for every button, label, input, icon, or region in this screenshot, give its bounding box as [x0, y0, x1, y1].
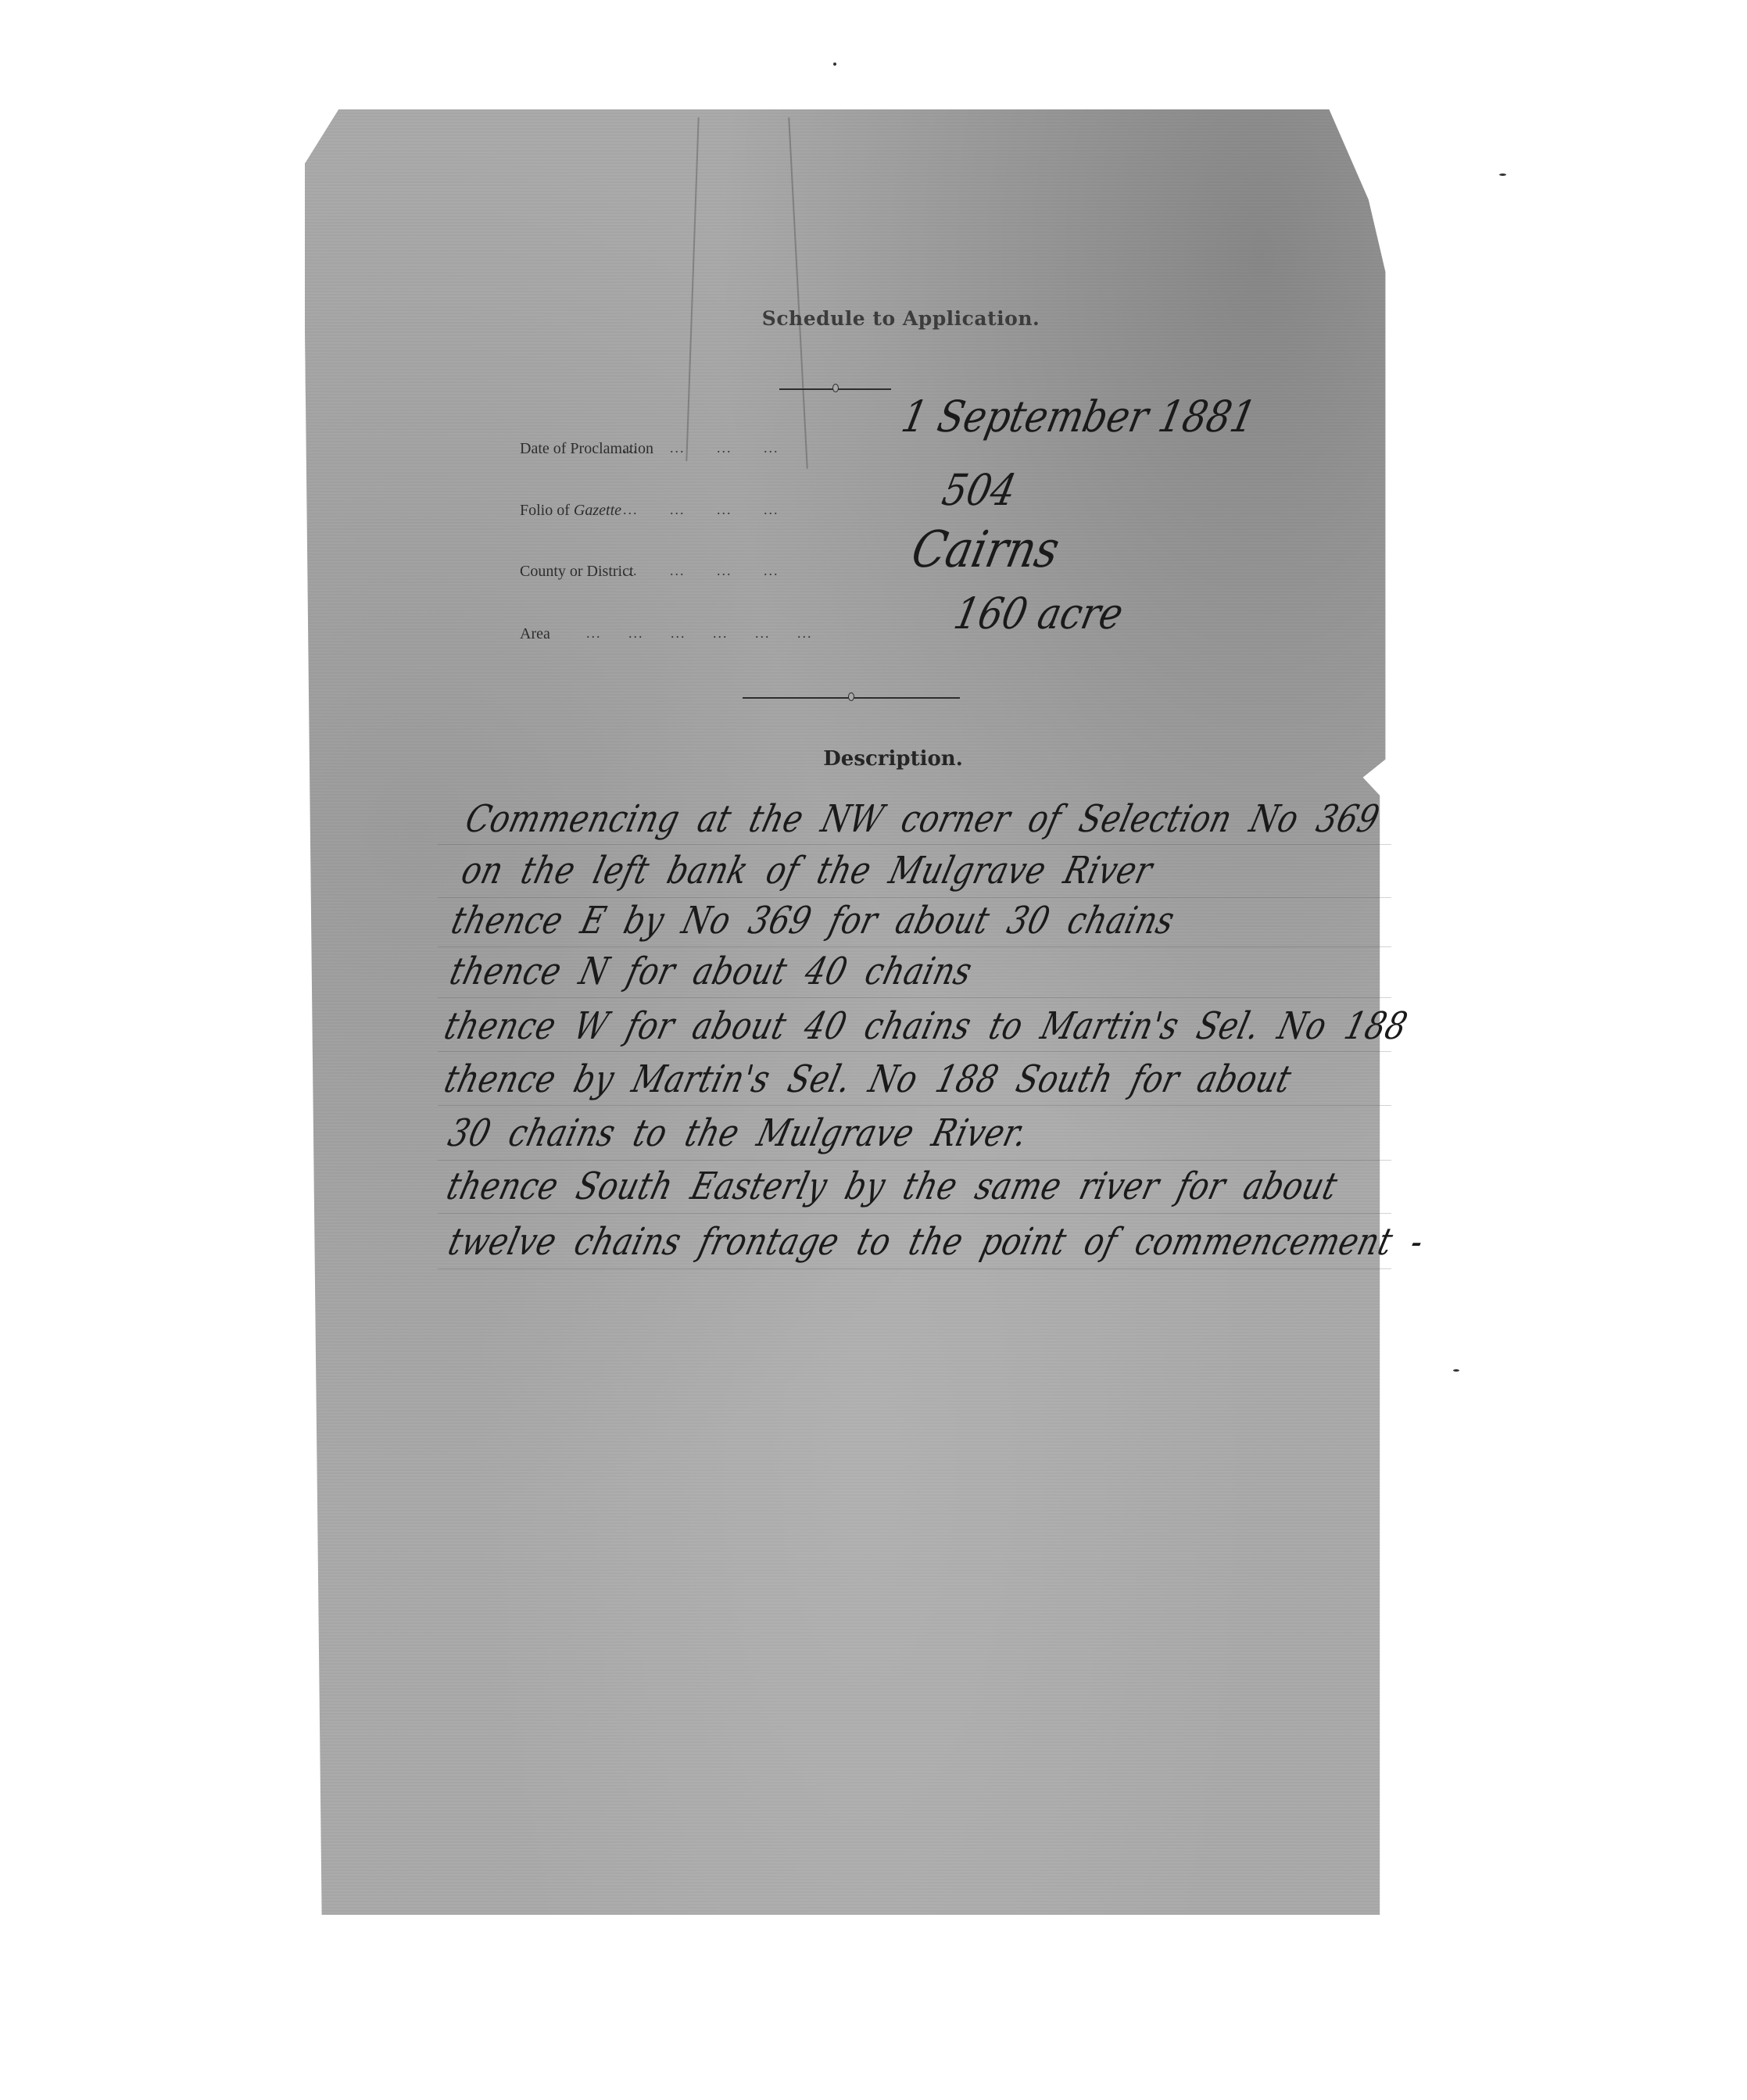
- description-line: thence by Martin's Sel. No 188 South for…: [440, 1058, 1296, 1101]
- field-label: Area: [520, 625, 550, 643]
- description-heading: Description.: [0, 747, 1747, 771]
- ruled-line: [438, 1213, 1391, 1214]
- scan-speck: [1453, 1369, 1459, 1372]
- ornament-divider: [743, 697, 960, 699]
- ornament-divider: [779, 388, 891, 390]
- ruled-line: [438, 1268, 1391, 1269]
- description-line: twelve chains frontage to the point of c…: [444, 1221, 1428, 1264]
- field-value: 504: [938, 466, 1020, 516]
- ruled-line: [438, 1105, 1391, 1106]
- description-line: on the left bank of the Mulgrave River: [457, 850, 1157, 893]
- field-value: 160 acre: [950, 589, 1127, 639]
- scan-speck: [833, 63, 836, 66]
- field-label: Folio of Gazette: [520, 502, 621, 520]
- description-line: thence E by No 369 for about 30 chains: [447, 900, 1179, 943]
- ruled-line: [438, 897, 1391, 898]
- field-label: County or District: [520, 563, 634, 581]
- dot-leaders: ... ... ... ...: [623, 440, 779, 456]
- field-value: Cairns: [907, 521, 1065, 579]
- description-line: thence N for about 40 chains: [446, 950, 976, 993]
- dot-leaders: ... ... ... ...: [623, 502, 779, 518]
- ornament-circle-icon: [848, 692, 854, 701]
- description-line: thence W for about 40 chains to Martin's…: [440, 1005, 1412, 1048]
- ruled-line: [438, 1051, 1391, 1052]
- document-title: Schedule to Application.: [0, 307, 1747, 330]
- ruled-line: [438, 844, 1391, 845]
- ruled-line: [438, 1160, 1391, 1161]
- dot-leaders: ... ... ... ...: [623, 563, 779, 579]
- ornament-circle-icon: [832, 384, 839, 392]
- dot-leaders: ... ... ... ... ... ...: [586, 625, 813, 642]
- field-value: 1 September 1881: [897, 392, 1260, 442]
- scan-speck: [1499, 174, 1506, 176]
- ruled-line: [438, 997, 1391, 998]
- description-line: thence South Easterly by the same river …: [442, 1165, 1342, 1208]
- description-line: 30 chains to the Mulgrave River.: [444, 1112, 1032, 1155]
- description-line: Commencing at the NW corner of Selection…: [461, 798, 1384, 841]
- ruled-line: [438, 946, 1391, 947]
